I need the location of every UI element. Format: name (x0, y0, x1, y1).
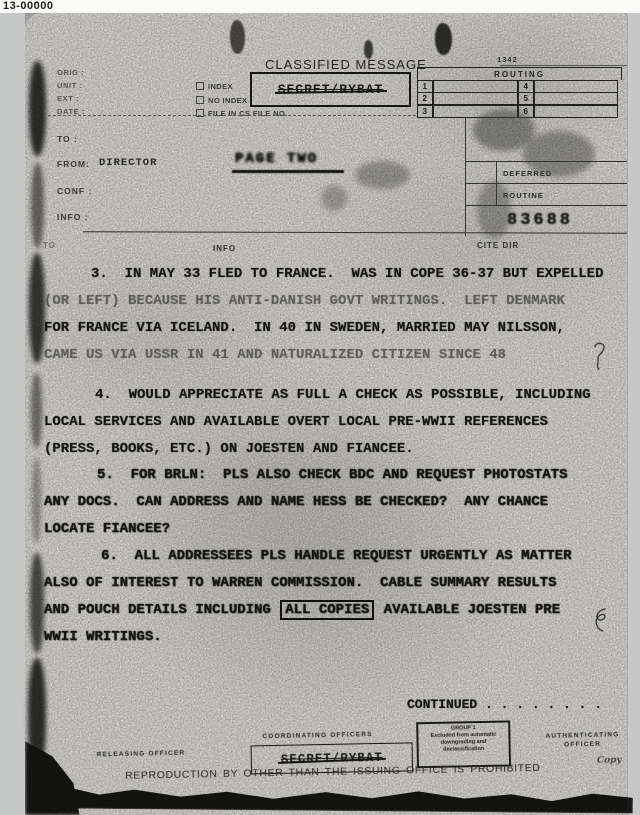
authenticating-officer-label: AUTHENTICATING OFFICER (536, 731, 628, 749)
document-page: ORIG : UNIT : EXT : DATE : INDEX NO INDE… (25, 13, 628, 815)
page-id: 13-00000 (3, 0, 54, 12)
releasing-officer-label: RELEASING OFFICER (97, 750, 186, 759)
authenticating-line: AUTHENTICATING (536, 731, 628, 740)
footer-classification-stamp: SECRET/RYBAT (281, 750, 383, 766)
copy-note: Copy (597, 755, 622, 765)
footer-block: RELEASING OFFICER COORDINATING OFFICERS … (11, 7, 628, 815)
authenticating-line: OFFICER (537, 740, 629, 749)
group-box-line: declassification (419, 745, 509, 754)
group-1-box: GROUP 1 Excluded from automatic downgrad… (416, 720, 511, 768)
coordinating-officers-label: COORDINATING OFFICERS (262, 731, 372, 740)
reproduction-notice: REPRODUCTION BY OTHER THAN THE ISSUING O… (125, 762, 541, 782)
